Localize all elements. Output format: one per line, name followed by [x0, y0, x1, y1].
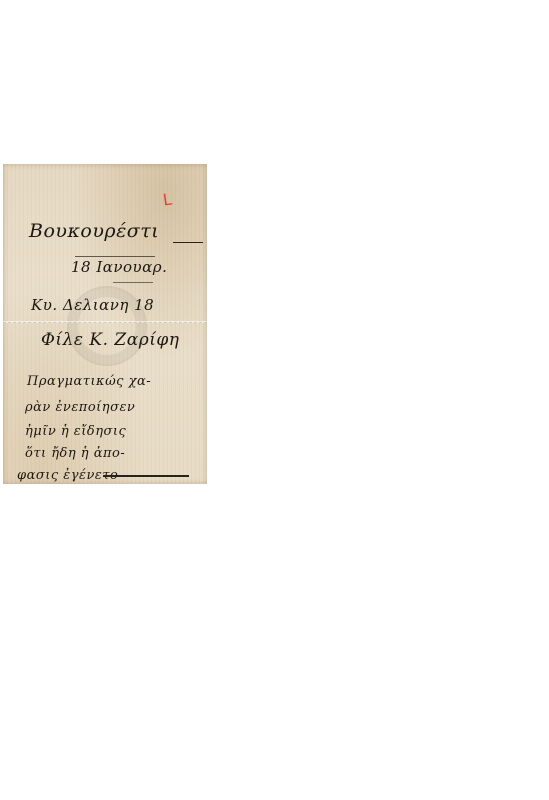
handwritten-line-date: 18 Ιανουαρ.: [71, 258, 167, 276]
handwritten-line-body: ἡμῖν ἡ εἴδησις: [25, 424, 126, 439]
handwritten-line-body: ὅτι ἤδη ἡ ἀπο-: [25, 446, 125, 461]
flourish-rule: [75, 256, 155, 257]
letter-page: L Βουκουρέστι 18 Ιανουαρ. Κυ. Δελιανη 18…: [3, 164, 207, 484]
flourish-rule: [113, 282, 153, 283]
handwritten-line-place: Βουκουρέστι: [29, 220, 159, 242]
flourish-rule: [173, 242, 203, 243]
handwritten-line-salutation: Φίλε Κ. Ζαρίφη: [41, 330, 179, 350]
handwritten-line-body: Πραγματικώς χα-: [27, 374, 151, 389]
handwritten-line-address: Κυ. Δελιανη 18: [31, 296, 154, 314]
flourish-rule: [103, 475, 189, 477]
fold-line: [3, 321, 207, 323]
red-annotation-mark: L: [162, 189, 173, 209]
handwritten-line-body: ρὰν ἐνεποίησεν: [25, 400, 135, 415]
